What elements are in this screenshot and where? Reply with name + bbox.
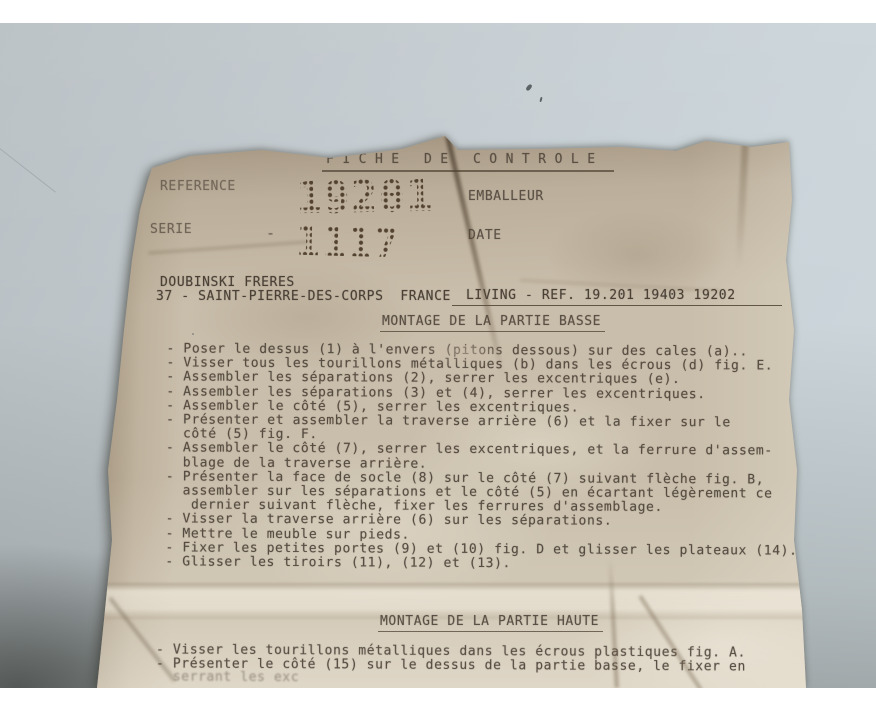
reference-label: REFERENCE <box>160 180 236 194</box>
dust-speck <box>192 333 194 335</box>
emballeur-label: EMBALLEUR <box>468 190 544 204</box>
instruction-list-haute: - Visser les tourillons métalliques dans… <box>156 643 746 687</box>
reference-number-punched: 19201 <box>296 171 434 224</box>
section-heading-basse: MONTAGE DE LA PARTIE BASSE <box>380 315 605 332</box>
serie-label: SERIE <box>150 223 192 237</box>
instruction-list-basse: - Poser le dessus (1) à l'envers (pitons… <box>165 342 798 573</box>
document-content: FICHE DE CONTROLE REFERENCE 19201 EMBALL… <box>90 134 810 688</box>
company-address: 37 - SAINT-PIERRE-DES-CORPS FRANCE <box>156 290 451 304</box>
document-title: FICHE DE CONTROLE <box>322 153 614 172</box>
section-heading-haute: MONTAGE DE LA PARTIE HAUTE <box>378 615 603 632</box>
product-ref-line: LIVING - REF. 19.201 19403 19202 <box>452 289 782 306</box>
paper-document: FICHE DE CONTROLE REFERENCE 19201 EMBALL… <box>90 134 810 688</box>
dust-speck <box>539 97 542 102</box>
photo-background: FICHE DE CONTROLE REFERENCE 19201 EMBALL… <box>0 23 876 688</box>
date-label: DATE <box>468 229 502 243</box>
instruction-line: serrant les exc <box>156 671 746 688</box>
surface-scratch <box>0 145 56 193</box>
dust-speck <box>525 84 533 92</box>
serie-dash-mark: - <box>266 226 276 240</box>
serie-number-punched: 1117 <box>295 219 400 268</box>
